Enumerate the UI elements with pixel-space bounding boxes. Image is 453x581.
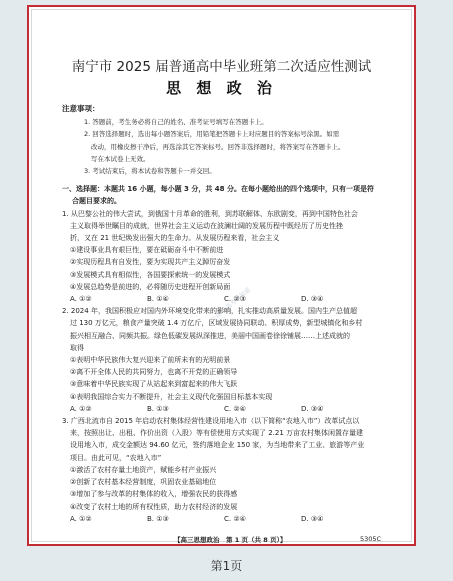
section-heading-line: 一、选择题：本题共 16 小题，每小题 3 分，共 48 分。在每小题给出的四个… <box>62 183 393 195</box>
notice-item: 3. 考试结束后，将本试卷和答题卡一并交回。 <box>62 165 393 177</box>
footer-page-info: 【高三思想政治 第 1 页（共 8 页）】 <box>174 535 286 544</box>
option-item: ①激活了农村存量土地资产，赋能乡村产业振兴 <box>62 464 393 476</box>
page-frame-selected[interactable]: 南宁市 2025 届普通高中毕业班第二次适应性测试 思 想 政 治 公众号·高考… <box>27 5 416 546</box>
section-heading: 一、选择题：本题共 16 小题，每小题 3 分，共 48 分。在每小题给出的四个… <box>62 183 393 207</box>
question-2: 2. 2024 年，我国积极应对国内外环境变化带来的影响，扎实推动高质量发展。国… <box>62 305 393 415</box>
answer-choices: A. ①② B. ①④ C. ②③ D. ③④ <box>62 293 393 305</box>
choice-a: A. ①② <box>70 403 147 415</box>
question-3: 3. 广西北流市自 2015 年启动农村集体经营性建设用地入市（以下简称“农地入… <box>62 415 393 525</box>
exam-subject: 思 想 政 治 <box>32 77 411 98</box>
choice-d: D. ③④ <box>301 403 378 415</box>
option-item: ②实现历程具有自发性，要为实现共产主义踔厉奋发 <box>62 256 393 268</box>
option-item: ③意味着中华民族实现了从站起来到富起来的伟大飞跃 <box>62 378 393 390</box>
choice-c: C. ②④ <box>224 403 301 415</box>
page-number-label: 第1页 <box>0 557 453 574</box>
choice-c: C. ②③ <box>224 293 301 305</box>
option-item: ①建设事业具有艰巨性，要在砥砺奋斗中不断前进 <box>62 244 393 256</box>
choice-d: D. ③④ <box>301 293 378 305</box>
question-stem-line: 2. 2024 年，我国积极应对国内外环境变化带来的影响，扎实推动高质量发展。国… <box>62 305 393 317</box>
answer-choices: A. ①② B. ①③ C. ②④ D. ③④ <box>62 403 393 415</box>
answer-choices: A. ①② B. ①③ C. ②④ D. ③④ <box>62 513 393 525</box>
choice-d: D. ③④ <box>301 513 378 525</box>
question-stem-line: 1. 从巴黎公社的伟大尝试，到俄国十月革命的胜利，到苏联解体、东欧剧变，再到中国… <box>62 208 393 220</box>
notice-item: 改动，用橡皮擦干净后，再选涂其它答案标号。回答非选择题时，将答案写在答题卡上。 <box>62 141 393 153</box>
choice-b: B. ①③ <box>147 513 224 525</box>
choice-a: A. ①② <box>70 513 147 525</box>
question-stem-line: 振兴相互融合、同频共振。绿色低碳发展纵深推进，美丽中国画卷徐徐铺展……上述成就的 <box>62 330 393 342</box>
notice-item: 1. 答题前，考生务必将自己的姓名、准考证号填写在答题卡上。 <box>62 116 393 128</box>
question-1: 1. 从巴黎公社的伟大尝试，到俄国十月革命的胜利，到苏联解体、东欧剧变，再到中国… <box>62 208 393 306</box>
question-stem-line: 折，又在 21 世纪焕发出强大的生命力。从发展历程来看，社会主义 <box>62 232 393 244</box>
notice-heading: 注意事项： <box>62 103 393 115</box>
question-stem-line: 主义取得举世瞩目的成就，世界社会主义运动在波澜壮阔的发展历程中既经历了历史性挫 <box>62 220 393 232</box>
footer-code: 5305C <box>360 535 381 543</box>
question-stem-line: 项目。由此可见，“农地入市” <box>62 452 393 464</box>
choice-b: B. ①③ <box>147 403 224 415</box>
option-item: ④表明我国综合实力不断提升，社会主义现代化强国目标基本实现 <box>62 391 393 403</box>
option-item: ②离不开全体人民的共同努力，也离不开党的正确领导 <box>62 366 393 378</box>
exam-title: 南宁市 2025 届普通高中毕业班第二次适应性测试 <box>32 55 411 75</box>
choice-c: C. ②④ <box>224 513 301 525</box>
question-stem-line: 来，按照出让、出租、作价出资（入股）等有偿使用方式实现了 2.21 万亩农村集体… <box>62 427 393 439</box>
option-item: ③发展模式具有相似性，各国要探索统一的发展模式 <box>62 269 393 281</box>
choice-a: A. ①② <box>70 293 147 305</box>
notice-item: 2. 回答选择题时，选出每小题答案后，用铅笔把答题卡上对应题目的答案标号涂黑。如… <box>62 128 393 140</box>
option-item: ④发展总趋势是前进的，必将随历史进程开创新局面 <box>62 281 393 293</box>
notice-item: 写在本试卷上无效。 <box>62 153 393 165</box>
option-item: ③增加了参与改革的村集体的收入，增强农民的获得感 <box>62 488 393 500</box>
document-page: 南宁市 2025 届普通高中毕业班第二次适应性测试 思 想 政 治 公众号·高考… <box>31 9 412 542</box>
document-content: 注意事项： 1. 答题前，考生务必将自己的姓名、准考证号填写在答题卡上。 2. … <box>62 103 393 525</box>
question-stem-line: 3. 广西北流市自 2015 年启动农村集体经营性建设用地入市（以下简称“农地入… <box>62 415 393 427</box>
option-item: ①表明中华民族伟大复兴迎来了前所未有的光明前景 <box>62 354 393 366</box>
question-stem-line: 过 130 万亿元，粮食产量突破 1.4 万亿斤，区域发展协同联动、积厚成势，新… <box>62 317 393 329</box>
section-heading-line: 合题目要求的。 <box>62 195 393 207</box>
choice-b: B. ①④ <box>147 293 224 305</box>
question-stem-line: 设用地入市，成交金额达 94.60 亿元，签约落地企业 150 家，为当地带来了… <box>62 439 393 451</box>
question-stem-line: 取得 <box>62 342 393 354</box>
option-item: ②创新了农村基本经营制度，巩固农业基础地位 <box>62 476 393 488</box>
option-item: ④改变了农村土地的所有权性质，助力农村经济的发展 <box>62 501 393 513</box>
